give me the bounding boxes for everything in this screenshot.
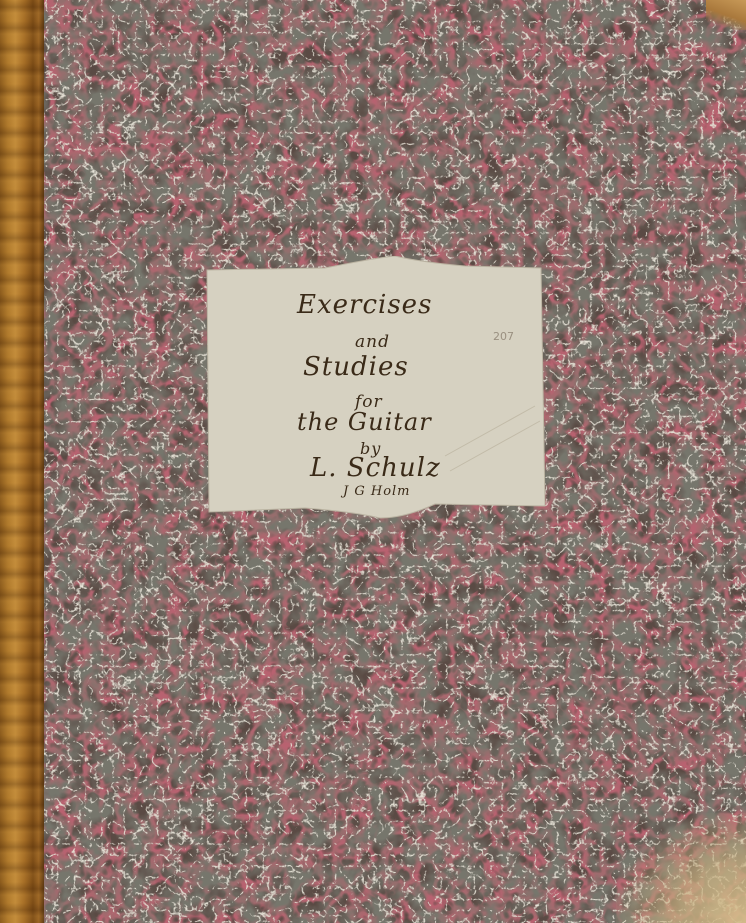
- label-line-the-guitar: the Guitar: [297, 408, 432, 436]
- worn-corner-bottom: [616, 813, 746, 923]
- title-label: Exercises and Studies for the Guitar by …: [205, 256, 547, 520]
- label-line-and: and: [355, 332, 390, 352]
- label-line-exercises: Exercises: [297, 290, 432, 320]
- label-line-author: L. Schulz: [310, 453, 441, 483]
- leather-spine: [0, 0, 44, 923]
- label-line-studies: Studies: [303, 352, 409, 382]
- label-line-owner: J G Holm: [343, 484, 411, 499]
- catalog-number: 207: [493, 330, 514, 343]
- book-cover: Exercises and Studies for the Guitar by …: [0, 0, 746, 923]
- worn-corner-top: [706, 0, 746, 30]
